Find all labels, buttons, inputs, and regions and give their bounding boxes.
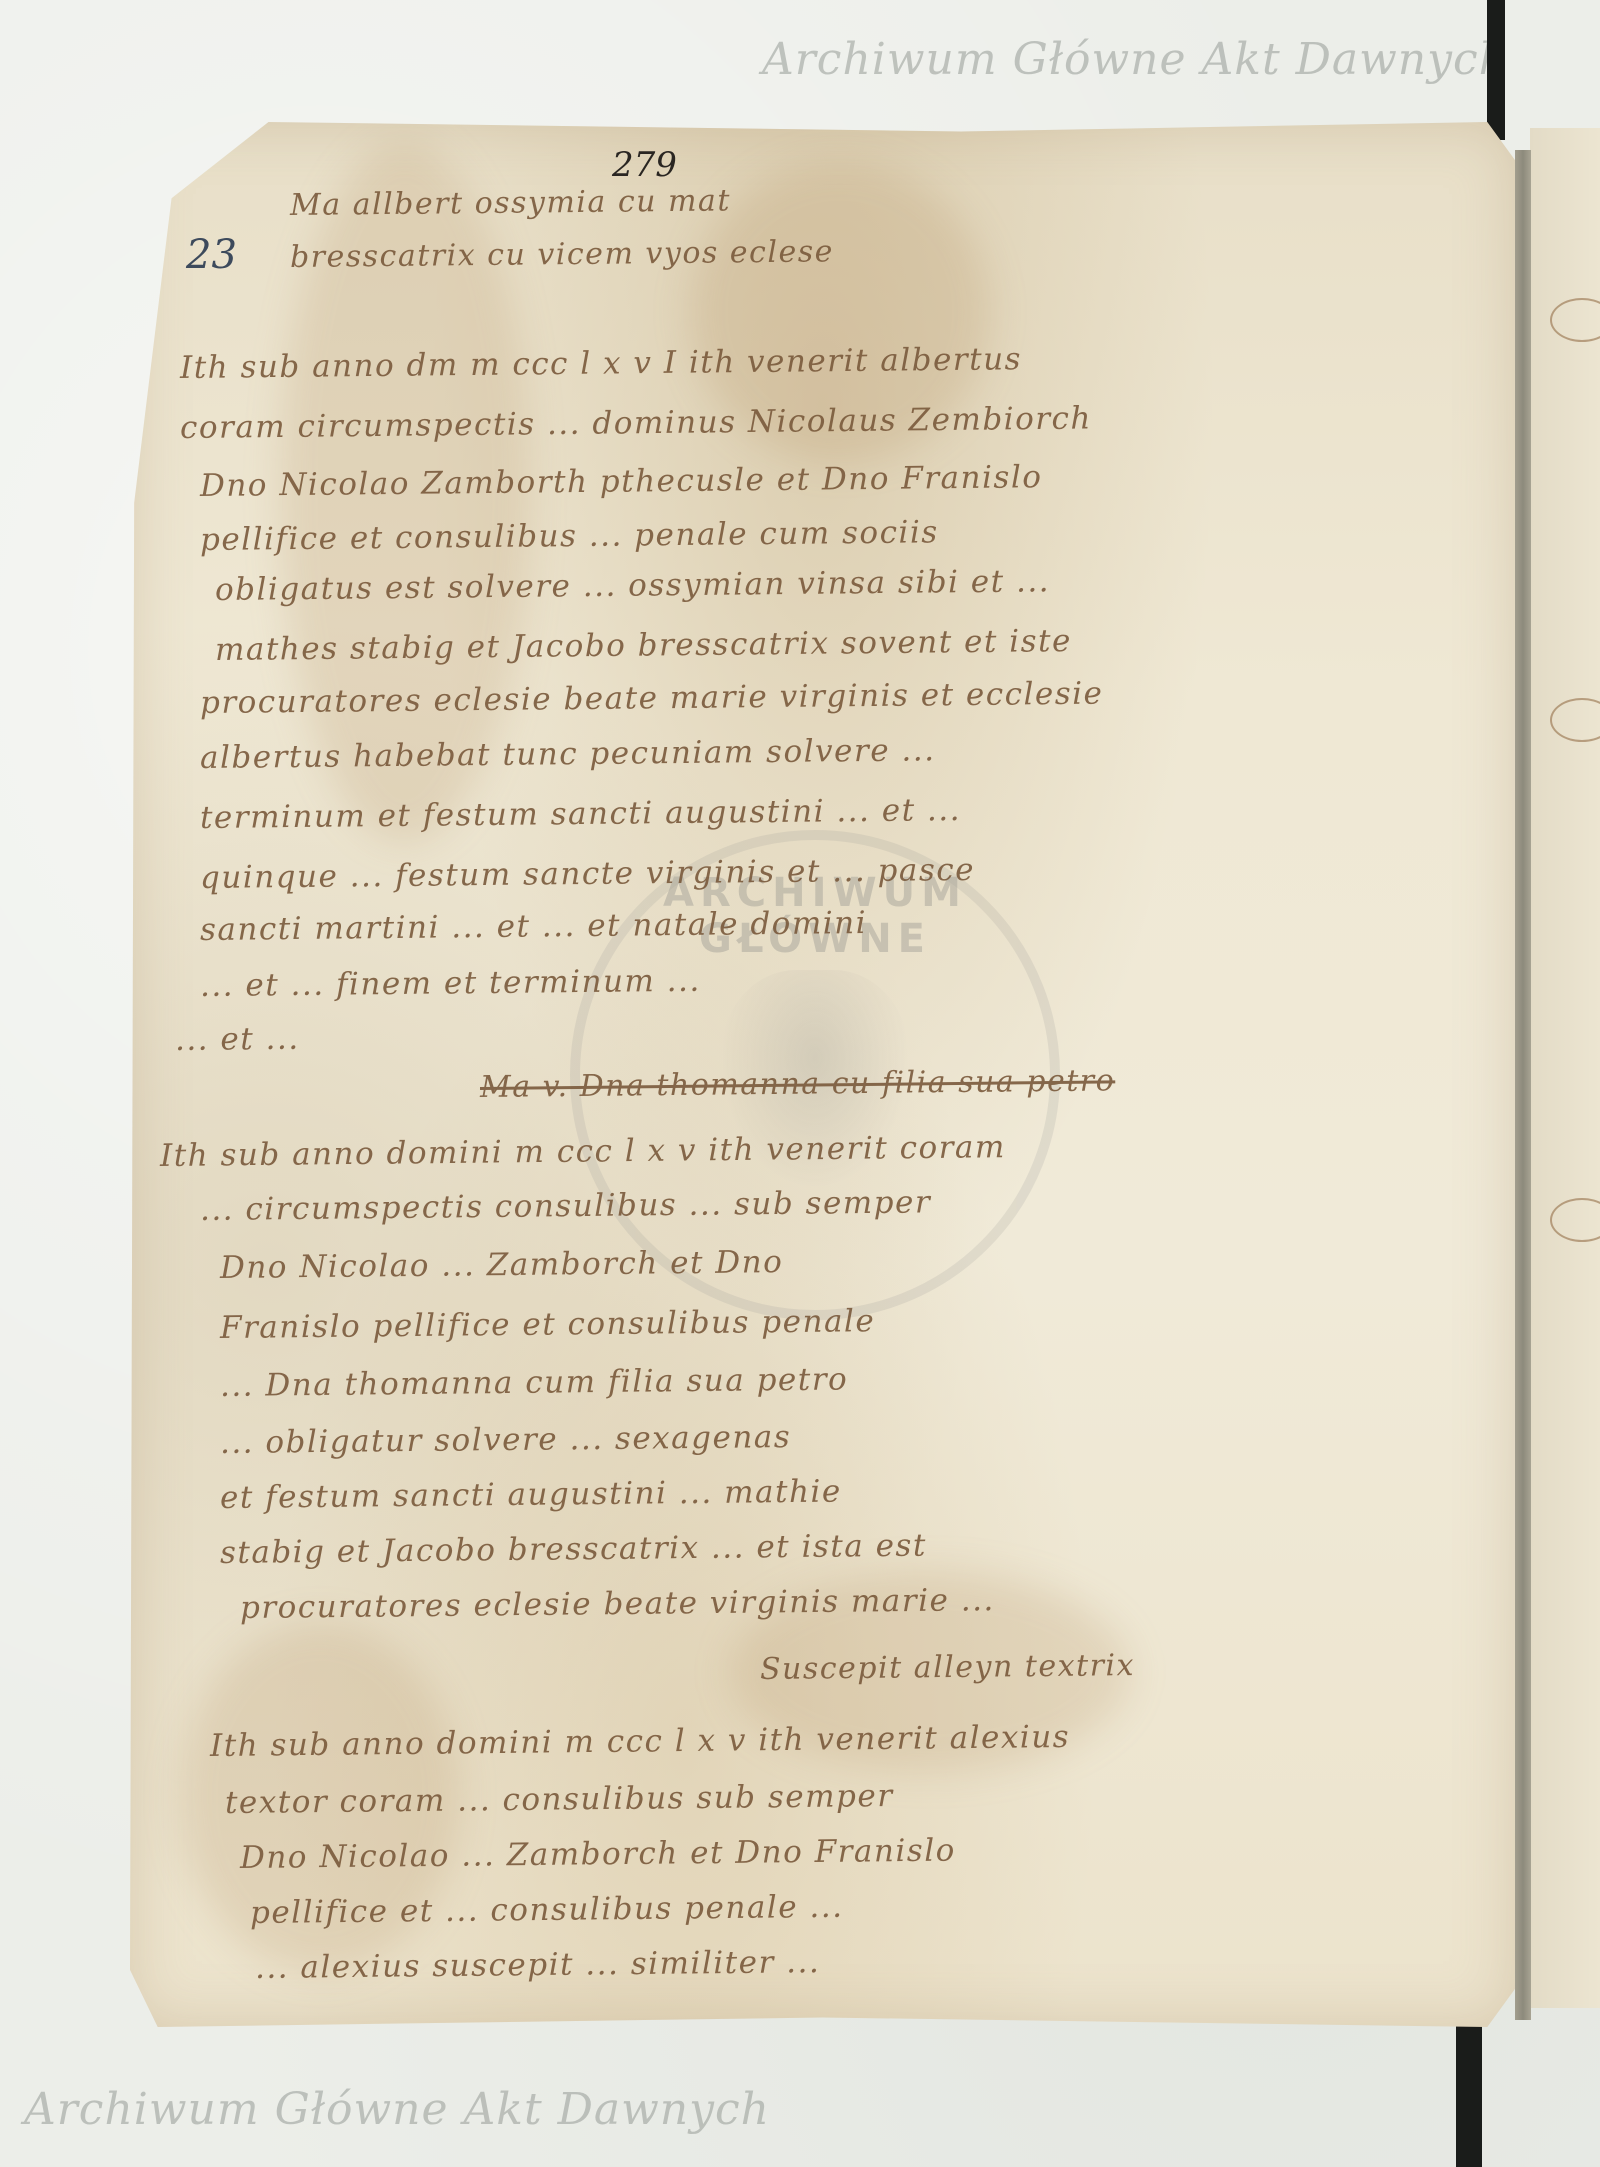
folio-number-margin: 23	[186, 232, 237, 278]
manuscript-line: Franislo pellifice et consulibus penale	[220, 1303, 876, 1346]
manuscript-line: pellifice et ... consulibus penale ...	[250, 1889, 844, 1931]
manuscript-line: Dno Nicolao ... Zamborch et Dno Franislo	[240, 1833, 956, 1876]
manuscript-line: textor coram ... consulibus sub semper	[225, 1778, 894, 1821]
manuscript-line: ... circumspectis consulibus ... sub sem…	[200, 1184, 932, 1228]
manuscript-line-struck: Ma v. Dna thomanna cu filia sua petro	[480, 1063, 1116, 1105]
page-gutter	[1515, 150, 1531, 2020]
facing-page-flourish	[1550, 1198, 1600, 1242]
facing-page	[1530, 128, 1600, 2008]
binding-strip-top	[1487, 0, 1505, 140]
manuscript-line: Dno Nicolao ... Zamborch et Dno	[220, 1244, 784, 1286]
manuscript-line: bresscatrix cu vicem vyos eclese	[290, 234, 834, 275]
manuscript-line: ... Dna thomanna cum filia sua petro	[220, 1361, 849, 1404]
manuscript-line: Ma allbert ossymia cu mat	[290, 183, 731, 223]
facing-page-flourish	[1550, 698, 1600, 742]
facing-page-flourish	[1550, 298, 1600, 342]
manuscript-line: stabig et Jacobo bresscatrix ... et ista…	[220, 1528, 927, 1571]
binding-strip-bottom	[1456, 2010, 1482, 2167]
manuscript-line: albertus habebat tunc pecuniam solvere .…	[200, 732, 936, 776]
manuscript-line: sancti martini ... et ... et natale domi…	[200, 905, 867, 948]
folio-number-top: 279	[612, 145, 677, 185]
manuscript-line: ... et ...	[175, 1021, 300, 1058]
manuscript-line: ... et ... finem et terminum ...	[200, 963, 701, 1004]
manuscript-line: ... obligatur solvere ... sexagenas	[220, 1419, 792, 1461]
manuscript-line: et festum sancti augustini ... mathie	[220, 1473, 842, 1516]
manuscript-line: ... alexius suscepit ... similiter ...	[255, 1944, 821, 1986]
manuscript-line: Suscepit alleyn textrix	[760, 1648, 1135, 1687]
archive-watermark-bottom: Archiwum Główne Akt Dawnych	[24, 2084, 770, 2135]
archive-watermark-top: Archiwum Główne Akt Dawnych	[762, 34, 1508, 85]
